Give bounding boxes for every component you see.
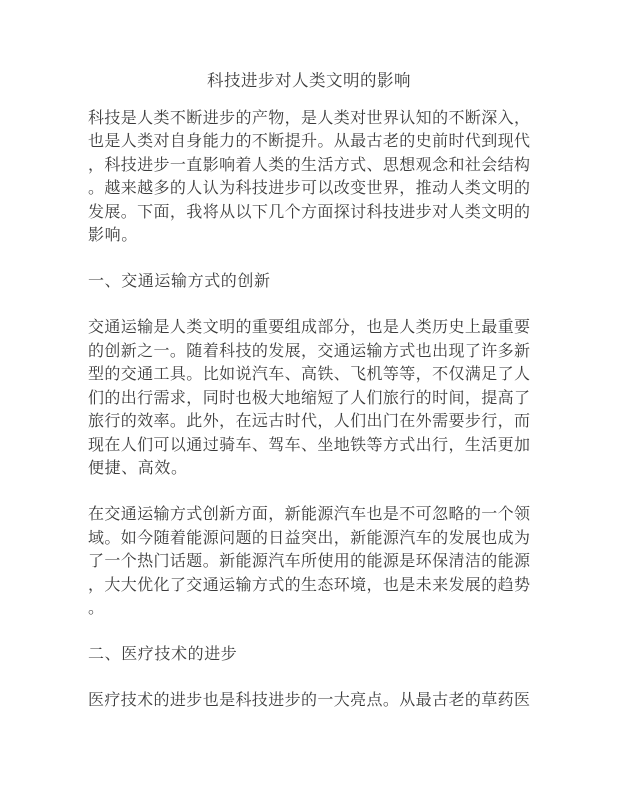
transport-paragraph: 交通运输是人类文明的重要组成部分，也是人类历史上最重要 的创新之一。随着科技的发… <box>88 316 530 481</box>
medical-paragraph: 医疗技术的进步也是科技进步的一大亮点。从最古老的草药医 <box>88 689 530 713</box>
paragraph-line: 现在人们可以通过骑车、驾车、坐地铁等方式出行，生活更加 <box>88 434 530 458</box>
paragraph-line: 也是人类对自身能力的不断提升。从最古老的史前时代到现代 <box>88 130 530 154</box>
paragraph-line: 发展。下面，我将从以下几个方面探讨科技进步对人类文明的 <box>88 201 530 225</box>
paragraph-line: ，大大优化了交通运输方式的生态环境，也是未来发展的趋势 <box>88 574 530 598</box>
paragraph-line: 交通运输是人类文明的重要组成部分，也是人类历史上最重要 <box>88 316 530 340</box>
paragraph-line: 科技是人类不断进步的产物，是人类对世界认知的不断深入， <box>88 107 530 131</box>
document-page: 科技进步对人类文明的影响 科技是人类不断进步的产物，是人类对世界认知的不断深入，… <box>0 0 618 799</box>
paragraph-line: 。越来越多的人认为科技进步可以改变世界，推动人类文明的 <box>88 177 530 201</box>
new-energy-paragraph: 在交通运输方式创新方面，新能源汽车也是不可忽略的一个领 域。如今随着能源问题的日… <box>88 503 530 621</box>
paragraph-line: 便捷、高效。 <box>88 457 530 481</box>
paragraph-line: 的创新之一。随着科技的发展，交通运输方式也出现了许多新 <box>88 340 530 364</box>
paragraph-line: 型的交通工具。比如说汽车、高铁、飞机等等，不仅满足了人 <box>88 363 530 387</box>
paragraph-line: 们的出行需求，同时也极大地缩短了人们旅行的时间，提高了 <box>88 387 530 411</box>
section-heading-medical: 二、医疗技术的进步 <box>88 643 530 667</box>
document-title: 科技进步对人类文明的影响 <box>88 69 530 93</box>
paragraph-line: 。 <box>88 597 530 621</box>
paragraph-line: 域。如今随着能源问题的日益突出，新能源汽车的发展也成为 <box>88 527 530 551</box>
paragraph-line: 医疗技术的进步也是科技进步的一大亮点。从最古老的草药医 <box>88 689 530 713</box>
paragraph-line: ，科技进步一直影响着人类的生活方式、思想观念和社会结构 <box>88 154 530 178</box>
section-heading-transport: 一、交通运输方式的创新 <box>88 270 530 294</box>
paragraph-line: 在交通运输方式创新方面，新能源汽车也是不可忽略的一个领 <box>88 503 530 527</box>
intro-paragraph: 科技是人类不断进步的产物，是人类对世界认知的不断深入， 也是人类对自身能力的不断… <box>88 107 530 248</box>
paragraph-line: 影响。 <box>88 224 530 248</box>
paragraph-line: 了一个热门话题。新能源汽车所使用的能源是环保清洁的能源 <box>88 550 530 574</box>
paragraph-line: 旅行的效率。此外，在远古时代，人们出门在外需要步行，而 <box>88 410 530 434</box>
